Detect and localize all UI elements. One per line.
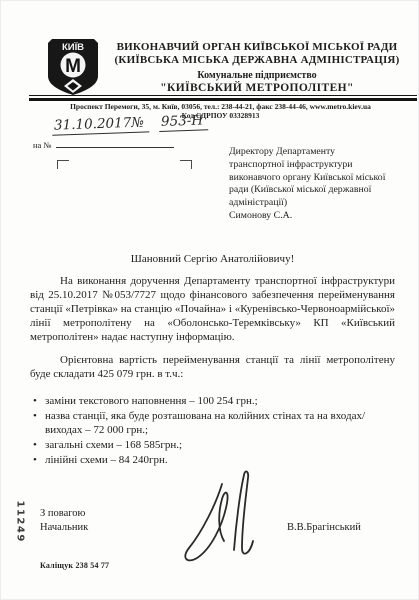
- org-address-line: Проспект Перемоги, 35, м. Київ, 03056, т…: [28, 102, 413, 111]
- addressee-line: Директору Департаменту: [229, 146, 411, 159]
- outgoing-number-handwritten: 953-Н: [159, 112, 209, 132]
- cost-items-list: заміни текстового наповнення – 100 254 г…: [32, 394, 395, 467]
- addressee-line: адміністрації): [229, 197, 411, 210]
- registration-number-stamp: 11249: [15, 501, 26, 539]
- outgoing-date-handwritten: 31.10.2017№: [52, 114, 150, 135]
- reply-number-blank-line: [56, 138, 174, 148]
- addressee-block: Директору Департаменту транспортної інфр…: [229, 146, 411, 223]
- letterhead-divider: [29, 95, 417, 101]
- cost-item: загальні схеми – 168 585грн.;: [32, 438, 395, 452]
- addressee-line: транспортної інфраструктури: [229, 159, 411, 172]
- corner-bracket-left: [57, 160, 69, 169]
- letter-body: Шановний Сергію Анатолійовичу! На викона…: [30, 252, 395, 468]
- addressee-line: виконавчого органу Київської міської: [229, 172, 411, 185]
- corner-bracket-right: [180, 160, 192, 169]
- scanned-letter-page: КИЇВ М ВИКОНАВЧИЙ ОРГАН КИЇВСЬКОЇ МІСЬКО…: [0, 0, 419, 600]
- logo-metro-letter: М: [65, 56, 81, 77]
- reply-number-label: на №: [33, 140, 52, 150]
- logo-city-text: КИЇВ: [62, 42, 84, 53]
- kyiv-metro-logo-icon: КИЇВ М: [46, 38, 100, 101]
- org-name-line-4: "КИЇВСЬКИЙ МЕТРОПОЛІТЕН": [98, 82, 416, 95]
- letterhead-org-block: ВИКОНАВЧИЙ ОРГАН КИЇВСЬКОЇ МІСЬКОЇ РАДИ …: [98, 41, 416, 95]
- addressee-line: ради (Київської міської державної: [229, 184, 411, 197]
- org-type-line: Комунальне підприємство: [98, 70, 416, 82]
- cost-item: лінійні схеми – 84 240грн.: [32, 453, 395, 467]
- closing-phrase: З повагою: [40, 507, 88, 521]
- reply-reference-line: на №: [33, 138, 174, 150]
- handwritten-signature: [176, 468, 281, 571]
- body-paragraph-2: Орієнтовна вартість перейменування станц…: [30, 353, 395, 381]
- signer-name: В.В.Брагінський: [287, 522, 361, 533]
- body-paragraph-1: На виконання доручення Департаменту тран…: [30, 274, 395, 344]
- executor-contact: Каліщук 238 54 77: [40, 561, 109, 570]
- org-name-line-2: (КИЇВСЬКА МІСЬКА ДЕРЖАВНА АДМІНІСТРАЦІЯ): [98, 54, 416, 67]
- addressee-line: Симонову С.А.: [229, 210, 411, 223]
- cost-item: заміни текстового наповнення – 100 254 г…: [32, 394, 395, 408]
- org-name-line-1: ВИКОНАВЧИЙ ОРГАН КИЇВСЬКОЇ МІСЬКОЇ РАДИ: [98, 41, 416, 54]
- signer-title: Начальник: [40, 521, 88, 535]
- closing-block: З повагою Начальник: [40, 507, 88, 535]
- cost-item: назва станції, яка буде розташована на к…: [32, 409, 395, 437]
- salutation: Шановний Сергію Анатолійовичу!: [30, 252, 395, 266]
